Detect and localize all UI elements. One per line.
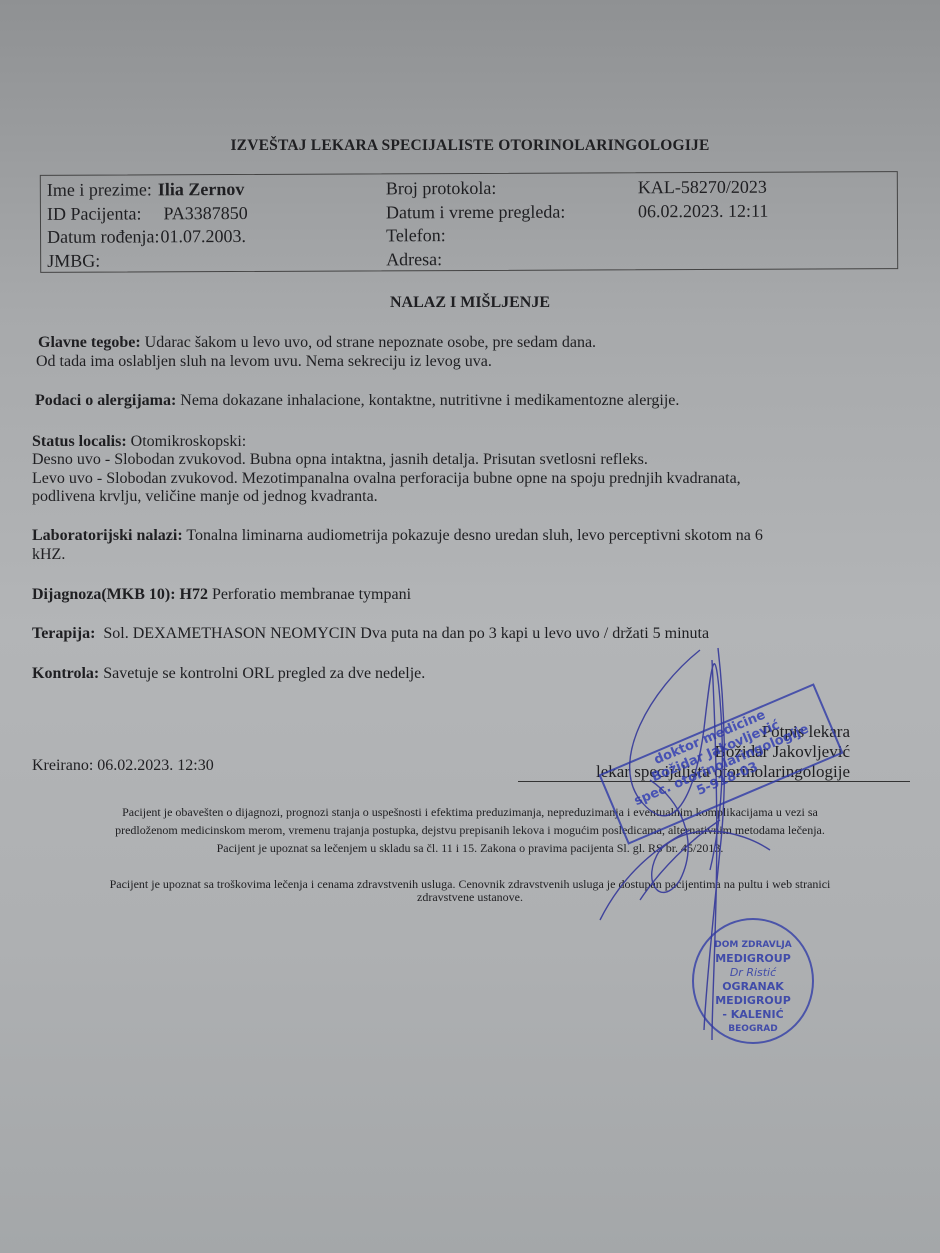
handwritten-signature bbox=[0, 0, 940, 1253]
medical-report-page: IZVEŠTAJ LEKARA SPECIJALISTE OTORINOLARI… bbox=[0, 0, 940, 1253]
